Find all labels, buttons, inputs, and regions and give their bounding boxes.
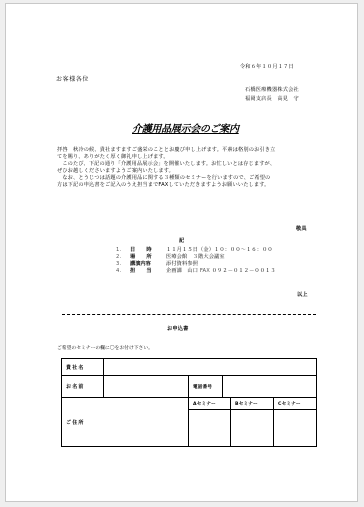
seminar-c-checkbox[interactable] — [274, 410, 317, 447]
detail-item-contact: 4.担 当企画課 山口 FAX ０９２－０１２－００１３ — [116, 268, 276, 275]
application-form-table: 貴社名 お名前 電話番号 ご住所 Aセミナー Bセミナー Cセミナー — [61, 358, 317, 447]
body-line: 方は下記の申込書をご記入のうえ担当までFAXしていただきますようお願いいたします… — [57, 182, 275, 189]
body-line: なお、とうじつは話題の介護用品に関する３種類のセミナーを行いますので、ご希望の — [57, 175, 275, 182]
item-label: 講演内容 — [130, 261, 166, 268]
item-label: 日 時 — [130, 247, 166, 254]
item-value: 添付資料参照 — [166, 261, 198, 268]
item-value: 企画課 山口 — [166, 268, 198, 275]
company-field[interactable] — [104, 359, 317, 376]
item-number: 3. — [116, 261, 130, 268]
form-instruction: ご希望のセミナーの欄に〇をお付け下さい。 — [57, 346, 153, 352]
address-label: ご住所 — [62, 398, 189, 447]
fax-label: FAX — [200, 268, 210, 274]
form-title: お申込書 — [167, 326, 189, 333]
detail-item-datetime: 1.日 時１１月１５日（金）１０：００～１６：００ — [116, 247, 276, 254]
end-mark: 以上 — [297, 292, 308, 299]
item-number: 1. — [116, 247, 130, 254]
closing: 敬具 — [296, 226, 307, 233]
item-label: 場 所 — [130, 254, 166, 261]
name-field[interactable] — [104, 376, 189, 398]
body-text: 拝啓 秋冷の候、貴社ますますご盛栄のこととお慶び申し上げます。平素は格別のお引き… — [57, 147, 275, 189]
company-label: 貴社名 — [62, 359, 104, 376]
details-list: 1.日 時１１月１５日（金）１０：００～１６：００ 2.場 所医療会館 ３階大会… — [116, 247, 276, 275]
item-number: 4. — [116, 268, 130, 275]
sender-person: 福岡支店長 高見 守 — [245, 96, 299, 103]
item-number: 2. — [116, 254, 130, 261]
phone-label: 電話番号 — [189, 376, 223, 398]
item-value: １１月１５日（金）１０：００～１６：００ — [166, 247, 273, 254]
document-date: 令和６年１０月１７日 — [240, 64, 294, 71]
detail-item-content: 3.講演内容添付資料参照 — [116, 261, 276, 268]
item-label: 担 当 — [130, 268, 166, 275]
ki-heading: 記 — [179, 238, 184, 245]
fax-number: ０９２－０１２－００１３ — [212, 268, 276, 274]
document-page: 令和６年１０月１７日 お客様各位 石橋医療機器株式会社 福岡支店長 高見 守 介… — [5, 3, 358, 502]
detail-item-place: 2.場 所医療会館 ３階大会議室 — [116, 254, 276, 261]
seminar-a-checkbox[interactable] — [189, 410, 231, 447]
seminar-c-header: Cセミナー — [274, 398, 317, 410]
cut-line — [62, 314, 316, 315]
recipient: お客様各位 — [56, 76, 89, 84]
seminar-a-header: Aセミナー — [189, 398, 231, 410]
sender-company: 石橋医療機器株式会社 — [245, 87, 299, 94]
body-line: ぜひお越しくださいますようご案内いたします。 — [57, 168, 275, 175]
name-label: お名前 — [62, 376, 104, 398]
body-line: 拝啓 秋冷の候、貴社ますますご盛栄のこととお慶び申し上げます。平素は格別のお引き… — [57, 147, 275, 154]
seminar-b-checkbox[interactable] — [231, 410, 274, 447]
document-title: 介護用品展示会のご案内 — [132, 120, 239, 135]
body-line: このたび、下記の通り「介護用品展示会」を開催いたします。お忙しいとは存じますが、 — [57, 161, 275, 168]
body-line: てを賜り、ありがたく厚く御礼申し上げます。 — [57, 154, 275, 161]
item-value: 医療会館 ３階大会議室 — [166, 254, 225, 261]
phone-field[interactable] — [223, 376, 317, 398]
seminar-b-header: Bセミナー — [231, 398, 274, 410]
